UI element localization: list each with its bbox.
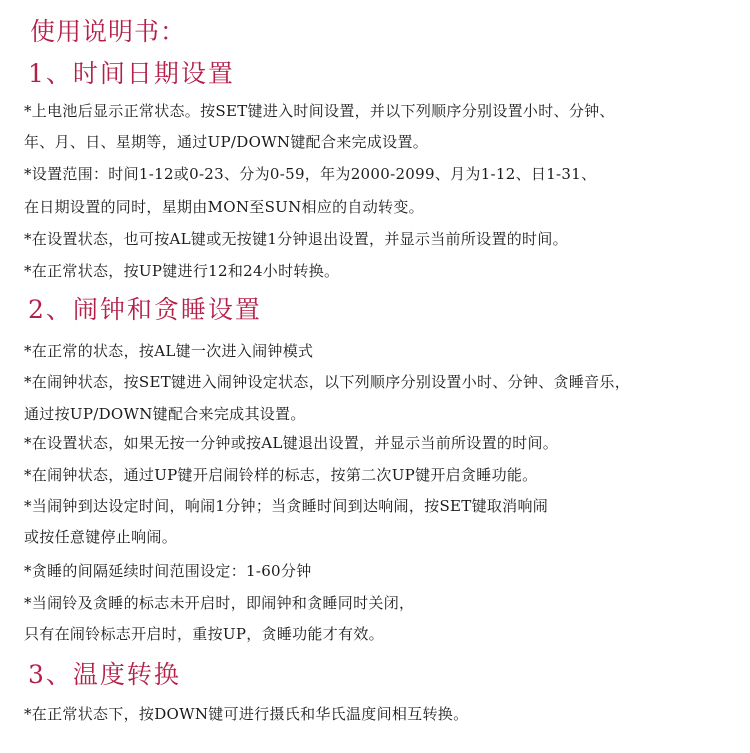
paragraph-line: 或按任意键停止响闹。 <box>24 526 177 547</box>
paragraph-line: *在闹钟状态，按SET键进入闹钟设定状态，以下列顺序分别设置小时、分钟、贪睡音乐… <box>24 371 630 392</box>
paragraph-line: *上电池后显示正常状态。按SET键进入时间设置，并以下列顺序分别设置小时、分钟、 <box>24 100 615 121</box>
section-heading-alarm-snooze: 2、闹钟和贪睡设置 <box>28 290 262 326</box>
paragraph-line: *当闹钟到达设定时间，响闹1分钟；当贪睡时间到达响闹，按SET键取消响闹 <box>24 495 548 516</box>
paragraph-line: *在正常状态，按UP键进行12和24小时转换。 <box>24 260 339 281</box>
paragraph-line: *在正常的状态，按AL键一次进入闹钟模式 <box>24 340 313 361</box>
paragraph-line: *在设置状态，也可按AL键或无按键1分钟退出设置，并显示当前所设置的时间。 <box>24 228 568 249</box>
paragraph-line: 在日期设置的同时，星期由MON至SUN相应的自动转变。 <box>24 196 424 217</box>
paragraph-line: *在正常状态下，按DOWN键可进行摄氏和华氏温度间相互转换。 <box>24 703 468 724</box>
paragraph-line: *贪睡的间隔延续时间范围设定：1-60分钟 <box>24 560 312 581</box>
section-heading-temperature: 3、温度转换 <box>28 655 181 691</box>
paragraph-line: 只有在闹铃标志开启时，重按UP，贪睡功能才有效。 <box>24 623 384 644</box>
manual-title: 使用说明书： <box>30 12 186 48</box>
paragraph-line: *当闹铃及贪睡的标志未开启时，即闹钟和贪睡同时关闭， <box>24 592 414 613</box>
paragraph-line: *在闹钟状态，通过UP键开启闹铃样的标志，按第二次UP键开启贪睡功能。 <box>24 464 537 485</box>
paragraph-line: *设置范围：时间1-12或0-23、分为0-59，年为2000-2099、月为1… <box>24 163 596 184</box>
section-heading-time-date: 1、时间日期设置 <box>28 54 235 90</box>
paragraph-line: *在设置状态，如果无按一分钟或按AL键退出设置，并显示当前所设置的时间。 <box>24 432 558 453</box>
paragraph-line: 通过按UP/DOWN键配合来完成其设置。 <box>24 403 306 424</box>
paragraph-line: 年、月、日、星期等，通过UP/DOWN键配合来完成设置。 <box>24 131 428 152</box>
